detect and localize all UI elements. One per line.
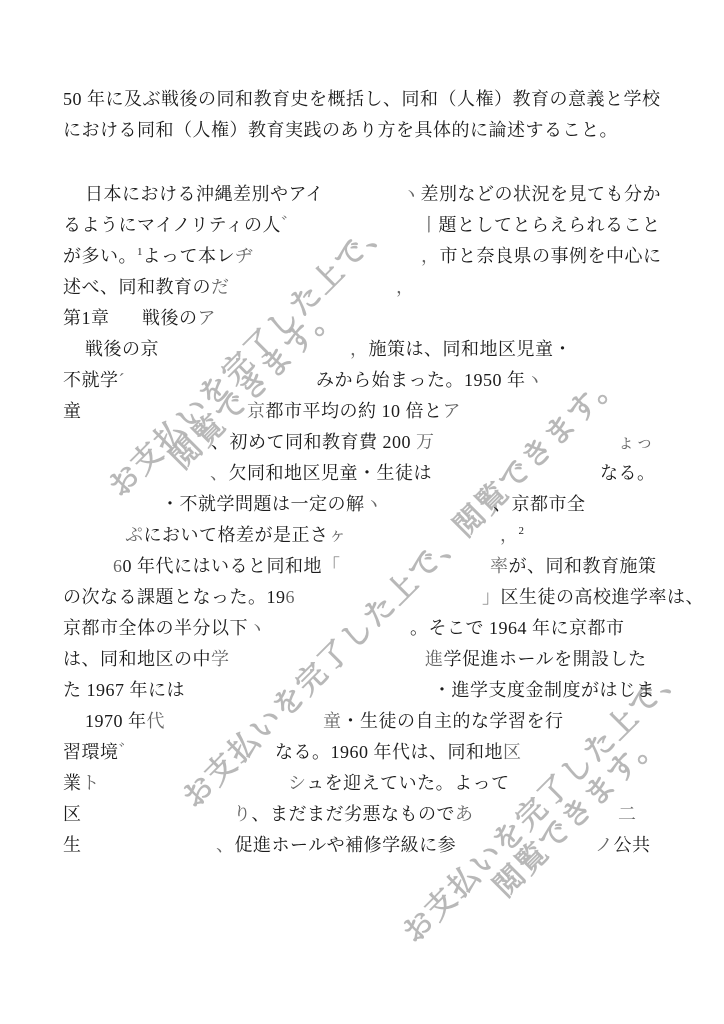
partial-glyph: ア [198, 308, 217, 328]
text-run: なる。 [600, 463, 656, 483]
partial-glyph: 二 [618, 804, 637, 824]
text-segment: なる。 [600, 461, 656, 485]
text-segment: り、まだまだ劣悪なものであ [233, 802, 474, 826]
text-run: よって本レ [143, 246, 236, 266]
text-run: が多い。 [63, 246, 137, 266]
text-run: は、同和地区の中 [63, 649, 211, 669]
text-run: 。そこで 1964 年に京都市 [410, 618, 625, 638]
partial-glyph: ヂ [235, 246, 254, 266]
text-segment: 50 年に及ぶ戦後の同和教育史を概括し、同和（人権）教育の意義と学校 [63, 87, 661, 111]
text-segment: 1970 年代 [85, 709, 165, 733]
text-run: 0 年代にはいると同和地 [123, 556, 323, 576]
partial-glyph: 学 [211, 649, 230, 669]
partial-glyph: ， [500, 525, 519, 545]
text-run: 都市平均の約 10 倍と [266, 401, 443, 421]
text-segment: の次なる課題となった。196 [63, 585, 295, 609]
partial-glyph: 、 [210, 463, 229, 483]
text-run: 題としてとらえられること [439, 215, 661, 235]
footnote-ref: 2 [519, 525, 525, 537]
text-segment: 生 [63, 833, 82, 857]
partial-glyph: 童 [323, 711, 342, 731]
text-segment: 習環境゛ [63, 740, 137, 764]
text-segment: みから始まった。1950 年ヽ [316, 368, 544, 392]
text-run: 述べ、同和教育の [63, 277, 211, 297]
text-segment: 京都市平均の約 10 倍とア [247, 399, 461, 423]
text-segment: ぷにおいて格差が是正さヶ [125, 523, 347, 547]
document-page: お支払いを完了した上で、閲覧できます。お支払いを完了した上で、閲覧できます。お支… [0, 0, 724, 1024]
text-segment: ょっ [617, 430, 654, 454]
text-segment: 第1章 [63, 306, 110, 330]
partial-glyph: 進 [425, 649, 444, 669]
text-segment: ，2 [500, 523, 524, 547]
partial-glyph: ア [443, 401, 462, 421]
text-run: における同和（人権）教育実践のあり方を具体的に論述すること。 [63, 120, 618, 140]
text-segment: 業ト [63, 771, 100, 795]
text-run: 欠同和地区児童・生徒は [229, 463, 433, 483]
text-segment: た 1967 年には [63, 678, 185, 702]
text-run: の次なる課題となった。19 [63, 587, 286, 607]
partial-glyph: 京 [247, 401, 266, 421]
partial-glyph: り [233, 804, 252, 824]
text-segment: 、京都市全 [493, 492, 586, 516]
text-segment: が多い。1よって本レヂ [63, 244, 254, 268]
text-segment: なる。1960 年代は、同和地区 [275, 740, 522, 764]
text-run: ・不就学問題は一定の解 [161, 494, 365, 514]
text-run: 、京都市全 [493, 494, 586, 514]
text-segment: 丨題としてとらえられること [420, 213, 661, 237]
text-run: において格差が是正さ [144, 525, 329, 545]
partial-glyph: あ [455, 804, 474, 824]
partial-glyph: ノ [595, 835, 614, 855]
text-run: 、初めて同和教育費 200 [211, 432, 416, 452]
text-segment: 不就学´ [63, 368, 125, 392]
text-run: ・進学支度金制度がはじま [433, 680, 655, 700]
text-segment: ヽ差別などの状況を見ても分か [402, 182, 661, 206]
text-run: が、同和教育施策 [509, 556, 657, 576]
text-segment: 戦後の京 [85, 337, 159, 361]
text-run: 戦後の京 [85, 339, 159, 359]
partial-glyph: ヽ [365, 494, 384, 514]
text-segment: 戦後のア [142, 306, 216, 330]
text-segment: は、同和地区の中学 [63, 647, 230, 671]
partial-glyph: 、 [216, 835, 235, 855]
text-segment: 京都市全体の半分以下ヽ [63, 616, 267, 640]
text-segment: るようにマイノリティの人゛ [63, 213, 300, 237]
text-run: 区生徒の高校進学率は、 [501, 587, 705, 607]
partial-glyph: 」 [482, 587, 501, 607]
text-segment: 区 [63, 802, 82, 826]
text-run: 差別などの状況を見ても分か [421, 184, 662, 204]
partial-glyph: 代 [147, 711, 166, 731]
text-run: 促進ホールや補修学級に参 [235, 835, 457, 855]
text-segment: 。そこで 1964 年に京都市 [410, 616, 625, 640]
text-segment: における同和（人権）教育実践のあり方を具体的に論述すること。 [63, 118, 618, 142]
text-run: 、まだまだ劣悪なもので [252, 804, 456, 824]
text-segment: ，市と奈良県の事例を中心に [421, 244, 662, 268]
text-segment: ， [396, 275, 415, 299]
partial-glyph: 6 [286, 587, 296, 607]
partial-glyph: だ [211, 277, 230, 297]
partial-glyph: 丨 [420, 215, 439, 235]
text-run: 不就学 [63, 370, 119, 390]
partial-glyph: 区 [503, 742, 522, 762]
partial-glyph: ， [421, 246, 440, 266]
partial-glyph: ぷ [125, 525, 144, 545]
partial-glyph: ゛ [281, 215, 300, 235]
text-segment: 、欠同和地区児童・生徒は [210, 461, 432, 485]
partial-glyph: ヶ [329, 525, 348, 545]
text-run: 日本における沖縄差別やアイ [85, 184, 324, 204]
partial-glyph: 6 [113, 556, 123, 576]
text-run: 習環境 [63, 742, 119, 762]
text-run: なる。1960 年代は、同和地 [275, 742, 503, 762]
partial-glyph: 万 [416, 432, 435, 452]
text-segment: シュを迎えていた。よって [288, 771, 510, 795]
text-segment: 進学促進ホールを開設した [425, 647, 647, 671]
partial-glyph: ト [82, 773, 101, 793]
text-segment: ノ公共 [595, 833, 651, 857]
text-segment: 述べ、同和教育のだ [63, 275, 230, 299]
text-segment: 」区生徒の高校進学率は、 [482, 585, 704, 609]
text-run: るようにマイノリティの人 [63, 215, 281, 235]
partial-glyph: ヽ [526, 370, 545, 390]
text-segment: 童・生徒の自主的な学習を行 [323, 709, 564, 733]
text-run: ・生徒の自主的な学習を行 [342, 711, 564, 731]
partial-glyph: ´ [119, 370, 126, 390]
text-run: 1970 年 [85, 711, 147, 731]
text-run: 50 年に及ぶ戦後の同和教育史を概括し、同和（人権）教育の意義と学校 [63, 89, 661, 109]
partial-glyph: 「 [322, 556, 341, 576]
text-run: 京都市全体の半分以下 [63, 618, 248, 638]
partial-glyph: ， [396, 277, 415, 297]
text-run: 童 [63, 401, 82, 421]
text-run: た 1967 年には [63, 680, 185, 700]
text-run: 区 [63, 804, 82, 824]
partial-glyph: ょっ [617, 432, 654, 452]
text-run: 生 [63, 835, 82, 855]
text-run: 公共 [614, 835, 651, 855]
text-segment: 率が、同和教育施策 [490, 554, 657, 578]
text-run: ュを迎えていた。よって [306, 773, 510, 793]
text-segment: 童 [63, 399, 82, 423]
text-run: 第1章 [63, 308, 110, 328]
partial-glyph: ゛ [119, 742, 138, 762]
text-segment: 、促進ホールや補修学級に参 [216, 833, 456, 857]
text-segment: 60 年代にはいると同和地「 [113, 554, 341, 578]
partial-glyph: 率 [490, 556, 509, 576]
partial-glyph: ， [350, 339, 369, 359]
text-run: 施策は、同和地区児童・ [369, 339, 573, 359]
text-segment: ・進学支度金制度がはじま [433, 678, 655, 702]
text-segment: 日本における沖縄差別やアイ [85, 182, 324, 206]
partial-glyph: ヽ [248, 618, 267, 638]
partial-glyph: ヽ [402, 184, 421, 204]
text-run: みから始まった。1950 年 [316, 370, 526, 390]
text-segment: ，施策は、同和地区児童・ [350, 337, 572, 361]
text-run: 学促進ホールを開設した [444, 649, 647, 669]
text-segment: ・不就学問題は一定の解ヽ [161, 492, 383, 516]
text-run: 市と奈良県の事例を中心に [440, 246, 662, 266]
text-segment: 、初めて同和教育費 200 万 [211, 430, 435, 454]
text-run: 業 [63, 773, 82, 793]
partial-glyph: シ [288, 773, 306, 793]
text-run: 戦後の [142, 308, 198, 328]
text-segment: 二 [618, 802, 637, 826]
